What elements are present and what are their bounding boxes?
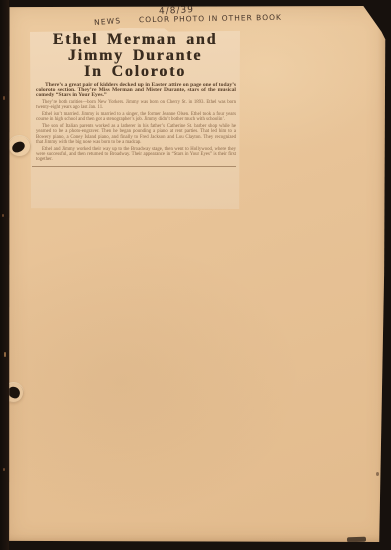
- headline-line-2: Jimmy Durante: [30, 48, 240, 64]
- scanned-scrapbook-photo: { "annotations": { "date": "4/8/39", "ne…: [0, 0, 391, 550]
- album-binding-edge: [0, 0, 9, 550]
- paper-speck: [376, 472, 379, 476]
- clipping-paragraph: Ethel and Jimmy worked their way up to t…: [36, 147, 236, 163]
- handwritten-news-label: NEWS: [94, 16, 122, 27]
- clipping-headline: Ethel Merman and Jimmy Durante In Coloro…: [30, 32, 240, 80]
- headline-line-3: In Coloroto: [30, 64, 240, 80]
- clipping-paragraph: They’re both rarities—born New Yorkers. …: [36, 100, 236, 111]
- clipping-paragraph: The son of Italian parents worked as a l…: [36, 124, 236, 145]
- clipping-bottom-rule: [32, 166, 236, 167]
- headline-line-1: Ethel Merman and: [30, 32, 240, 48]
- clipping-body: There’s a great pair of kidders decked u…: [36, 83, 236, 163]
- clipping-paragraph: Ethel isn’t married. Jimmy is married to…: [36, 112, 236, 123]
- handwritten-photo-note: COLOR PHOTO IN OTHER BOOK: [139, 13, 282, 24]
- scrapbook-page: 4/8/39 NEWS COLOR PHOTO IN OTHER BOOK Et…: [8, 6, 386, 542]
- ink-smudge: [347, 537, 366, 543]
- clipping-paragraph: There’s a great pair of kidders decked u…: [36, 83, 236, 98]
- news-clipping: Ethel Merman and Jimmy Durante In Coloro…: [30, 28, 240, 209]
